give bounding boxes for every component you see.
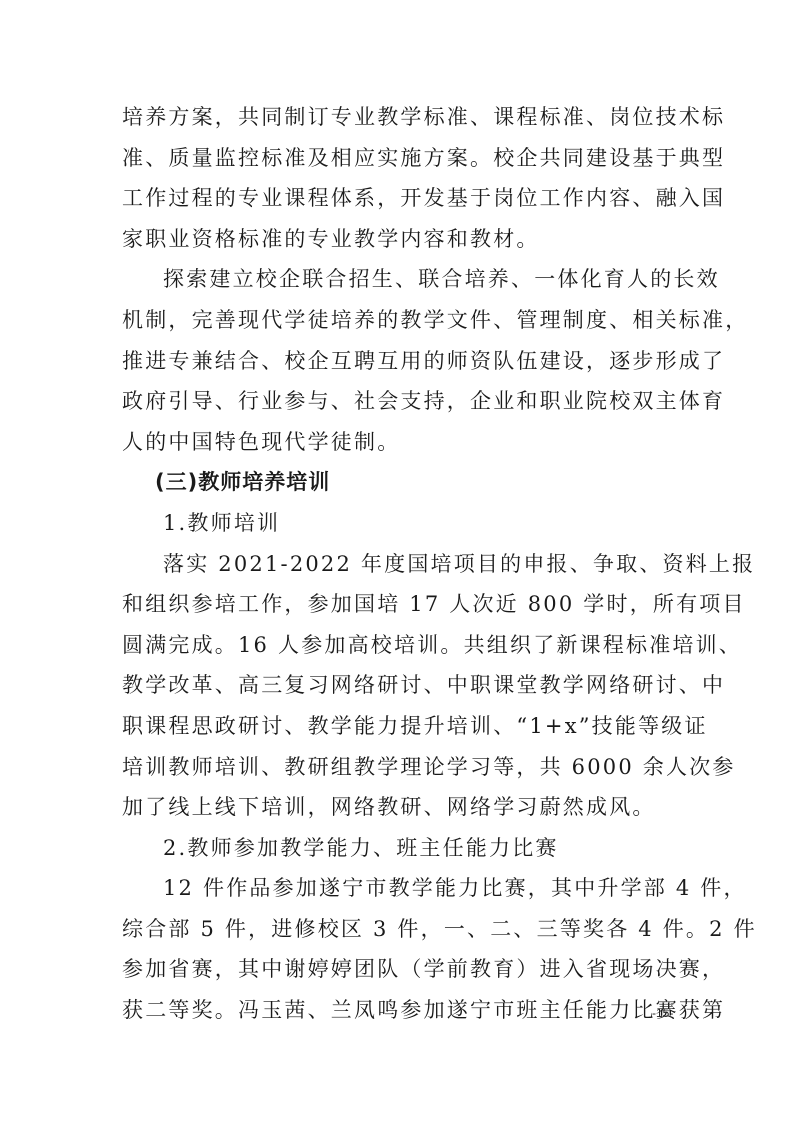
text-line: 综合部 5 件，进修校区 3 件，一、二、三等奖各 4 件。2 件 [122,909,674,950]
text-line: 准、质量监控标准及相应实施方案。校企共同建设基于典型 [122,138,674,179]
text-line: 家职业资格标准的专业教学内容和教材。 [122,219,674,260]
subsection-heading: 2.教师参加教学能力、班主任能力比赛 [122,828,674,869]
section-heading: (三)教师培养培训 [122,462,674,503]
subsection-heading: 1.教师培训 [122,503,674,544]
text-line: 圆满完成。16 人参加高校培训。共组织了新课程标准培训、 [122,625,674,666]
text-line: 推进专兼结合、校企互聘互用的师资队伍建设，逐步形成了 [122,341,674,382]
text-line: 职课程思政研讨、教学能力提升培训、“1+x”技能等级证 [122,706,674,747]
paragraph-start-line: 探索建立校企联合招生、联合培养、一体化育人的长效 [122,259,674,300]
text-line: 加了线上线下培训，网络教研、网络学习蔚然成风。 [122,787,674,828]
text-line: 获二等奖。冯玉茜、兰凤鸣参加遂宁市班主任能力比赛获第 [122,990,674,1031]
paragraph-start-line: 12 件作品参加遂宁市教学能力比赛，其中升学部 4 件， [122,868,674,909]
text-line: 机制，完善现代学徒培养的教学文件、管理制度、相关标准， [122,300,674,341]
text-line: 参加省赛，其中谢婷婷团队（学前教育）进入省现场决赛， [122,949,674,990]
text-line: 培养方案，共同制订专业教学标准、课程标准、岗位技术标 [122,97,674,138]
page-number: -15- [652,1006,673,1020]
text-line: 教学改革、高三复习网络研讨、中职课堂教学网络研讨、中 [122,665,674,706]
document-page: 培养方案，共同制订专业教学标准、课程标准、岗位技术标 准、质量监控标准及相应实施… [122,97,674,1031]
text-line: 培训教师培训、教研组教学理论学习等，共 6000 余人次参 [122,747,674,788]
text-line: 政府引导、行业参与、社会支持，企业和职业院校双主体育 [122,381,674,422]
text-line: 人的中国特色现代学徒制。 [122,422,674,463]
text-line: 工作过程的专业课程体系，开发基于岗位工作内容、融入国 [122,178,674,219]
text-line: 和组织参培工作，参加国培 17 人次近 800 学时，所有项目 [122,584,674,625]
paragraph-start-line: 落实 2021-2022 年度国培项目的申报、争取、资料上报 [122,544,674,585]
